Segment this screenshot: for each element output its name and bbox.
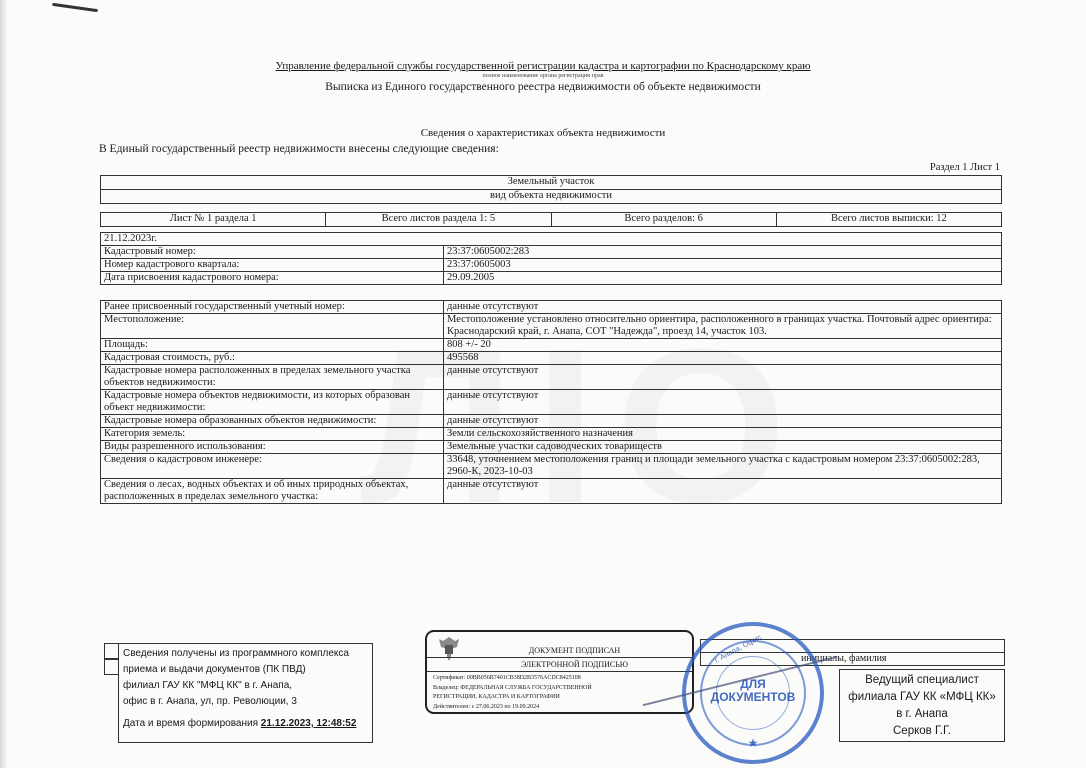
sheets-table: Лист № 1 раздела 1 Всего листов раздела … (100, 212, 1002, 227)
sheets-in-section: Всего листов раздела 1: 5 (326, 213, 551, 227)
certificate-validity: Действителен: с 27.06.2023 по 19.09.2024 (433, 703, 592, 713)
row-label: Виды разрешенного использования: (101, 441, 444, 454)
sheets-total: Всего листов выписки: 12 (776, 213, 1001, 227)
generated-value: 21.12.2023, 12:48:52 (261, 718, 357, 729)
object-type-table: Земельный участок вид объекта недвижимос… (100, 175, 1002, 204)
table-row: Категория земель:Земли сельскохозяйствен… (101, 428, 1002, 441)
object-type: Земельный участок (101, 176, 1002, 190)
row-label: Кадастровая стоимость, руб.: (101, 352, 444, 365)
row-label: Площадь: (101, 339, 444, 352)
object-type-caption: вид объекта недвижимости (101, 190, 1002, 204)
row-label: Сведения о лесах, водных объектах и об и… (101, 479, 444, 504)
table-row: Виды разрешенного использования:Земельны… (101, 441, 1002, 454)
source-line: офис в г. Анапа, ул, пр. Революции, 3 (123, 694, 368, 710)
row-label: Ранее присвоенный государственный учетны… (101, 301, 444, 314)
row-value: Земли сельскохозяйственного назначения (444, 428, 1002, 441)
row-label: Категория земель: (101, 428, 444, 441)
document-title: Выписка из Единого государственного реес… (0, 81, 1086, 93)
table-row: Дата присвоения кадастрового номера:29.0… (101, 272, 1002, 285)
mfc-stamp: г. Анапа, Офис ДЛЯ ДОКУМЕНТОВ ★ (682, 622, 824, 764)
organization-name: Управление федеральной службы государств… (0, 60, 1086, 72)
sheet-number: Лист № 1 раздела 1 (101, 213, 326, 227)
row-value: данные отсутствуют (444, 415, 1002, 428)
star-icon: ★ (686, 736, 820, 751)
official-position: Ведущий специалист (840, 672, 1004, 689)
details-table: Ранее присвоенный государственный учетны… (100, 300, 1002, 504)
extract-date: 21.12.2023г. (101, 233, 1002, 246)
source-line: Сведения получены из программного компле… (123, 646, 368, 662)
row-value: данные отсутствуют (444, 390, 1002, 415)
row-label: Дата присвоения кадастрового номера: (101, 272, 444, 285)
scan-mark (52, 3, 98, 12)
row-value: 29.09.2005 (444, 272, 1002, 285)
row-value: данные отсутствуют (444, 301, 1002, 314)
row-label: Местоположение: (101, 314, 444, 339)
row-label: Кадастровый номер: (101, 246, 444, 259)
row-label: Сведения о кадастровом инженере: (101, 454, 444, 479)
table-row: Сведения о лесах, водных объектах и об и… (101, 479, 1002, 504)
row-label: Кадастровые номера расположенных в преде… (101, 365, 444, 390)
organization-caption: полное наименование органа регистрации п… (0, 73, 1086, 79)
row-value: 495568 (444, 352, 1002, 365)
row-label: Кадастровые номера образованных объектов… (101, 415, 444, 428)
row-value: 33648, уточнением местоположения границ … (444, 454, 1002, 479)
generated-timestamp: Дата и время формирования 21.12.2023, 12… (123, 716, 368, 732)
table-row: Площадь:808 +/- 20 (101, 339, 1002, 352)
official-name: Серков Г.Г. (840, 723, 1004, 740)
row-value: данные отсутствуют (444, 479, 1002, 504)
table-row: Кадастровые номера объектов недвижимости… (101, 390, 1002, 415)
row-value: 23:37:0605002:283 (444, 246, 1002, 259)
section-title: Сведения о характеристиках объекта недви… (0, 127, 1086, 139)
certificate-owner: Владелец: ФЕДЕРАЛЬНАЯ СЛУЖБА ГОСУДАРСТВЕ… (433, 684, 592, 694)
intro-text: В Единый государственный реестр недвижим… (99, 143, 499, 155)
table-row: Номер кадастрового квартала:23:37:060500… (101, 259, 1002, 272)
official-city: в г. Анапа (840, 706, 1004, 723)
signature-subtitle: ЭЛЕКТРОННОЙ ПОДПИСЬЮ (467, 660, 682, 669)
certificate-number: Сертификат: 00BB056B7401CB38D2B3576ACDC8… (433, 674, 592, 684)
row-label: Кадастровые номера объектов недвижимости… (101, 390, 444, 415)
signature-title: ДОКУМЕНТ ПОДПИСАН (467, 646, 682, 655)
table-row: Кадастровая стоимость, руб.:495568 (101, 352, 1002, 365)
row-value: данные отсутствуют (444, 365, 1002, 390)
identity-table: 21.12.2023г. Кадастровый номер:23:37:060… (100, 232, 1002, 285)
scan-edge-shadow (0, 0, 8, 768)
row-label: Номер кадастрового квартала: (101, 259, 444, 272)
section-sheet-label: Раздел 1 Лист 1 (930, 162, 1000, 173)
row-value: 808 +/- 20 (444, 339, 1002, 352)
source-info-box: Сведения получены из программного компле… (104, 643, 376, 743)
sections-total: Всего разделов: 6 (551, 213, 776, 227)
table-row: Ранее присвоенный государственный учетны… (101, 301, 1002, 314)
certificate-owner-cont: РЕГИСТРАЦИИ, КАДАСТРА И КАРТОГРАФИИ (433, 693, 592, 703)
row-value: 23:37:0605003 (444, 259, 1002, 272)
table-row: Местоположение:Местоположение установлен… (101, 314, 1002, 339)
table-row: Кадастровые номера образованных объектов… (101, 415, 1002, 428)
official-box: Ведущий специалист филиала ГАУ КК «МФЦ К… (839, 669, 1005, 742)
row-value: Земельные участки садоводческих товарище… (444, 441, 1002, 454)
source-line: приема и выдачи документов (ПК ПВД) (123, 662, 368, 678)
row-value: Местоположение установлено относительно … (444, 314, 1002, 339)
coat-of-arms-icon (437, 635, 461, 663)
table-row: Кадастровые номера расположенных в преде… (101, 365, 1002, 390)
table-row: Сведения о кадастровом инженере:33648, у… (101, 454, 1002, 479)
stamp-center-text: ДЛЯ ДОКУМЕНТОВ (686, 678, 820, 704)
table-row: Кадастровый номер:23:37:0605002:283 (101, 246, 1002, 259)
source-line: филиал ГАУ КК "МФЦ КК" в г. Анапа, (123, 678, 368, 694)
official-branch: филиала ГАУ КК «МФЦ КК» (840, 689, 1004, 706)
